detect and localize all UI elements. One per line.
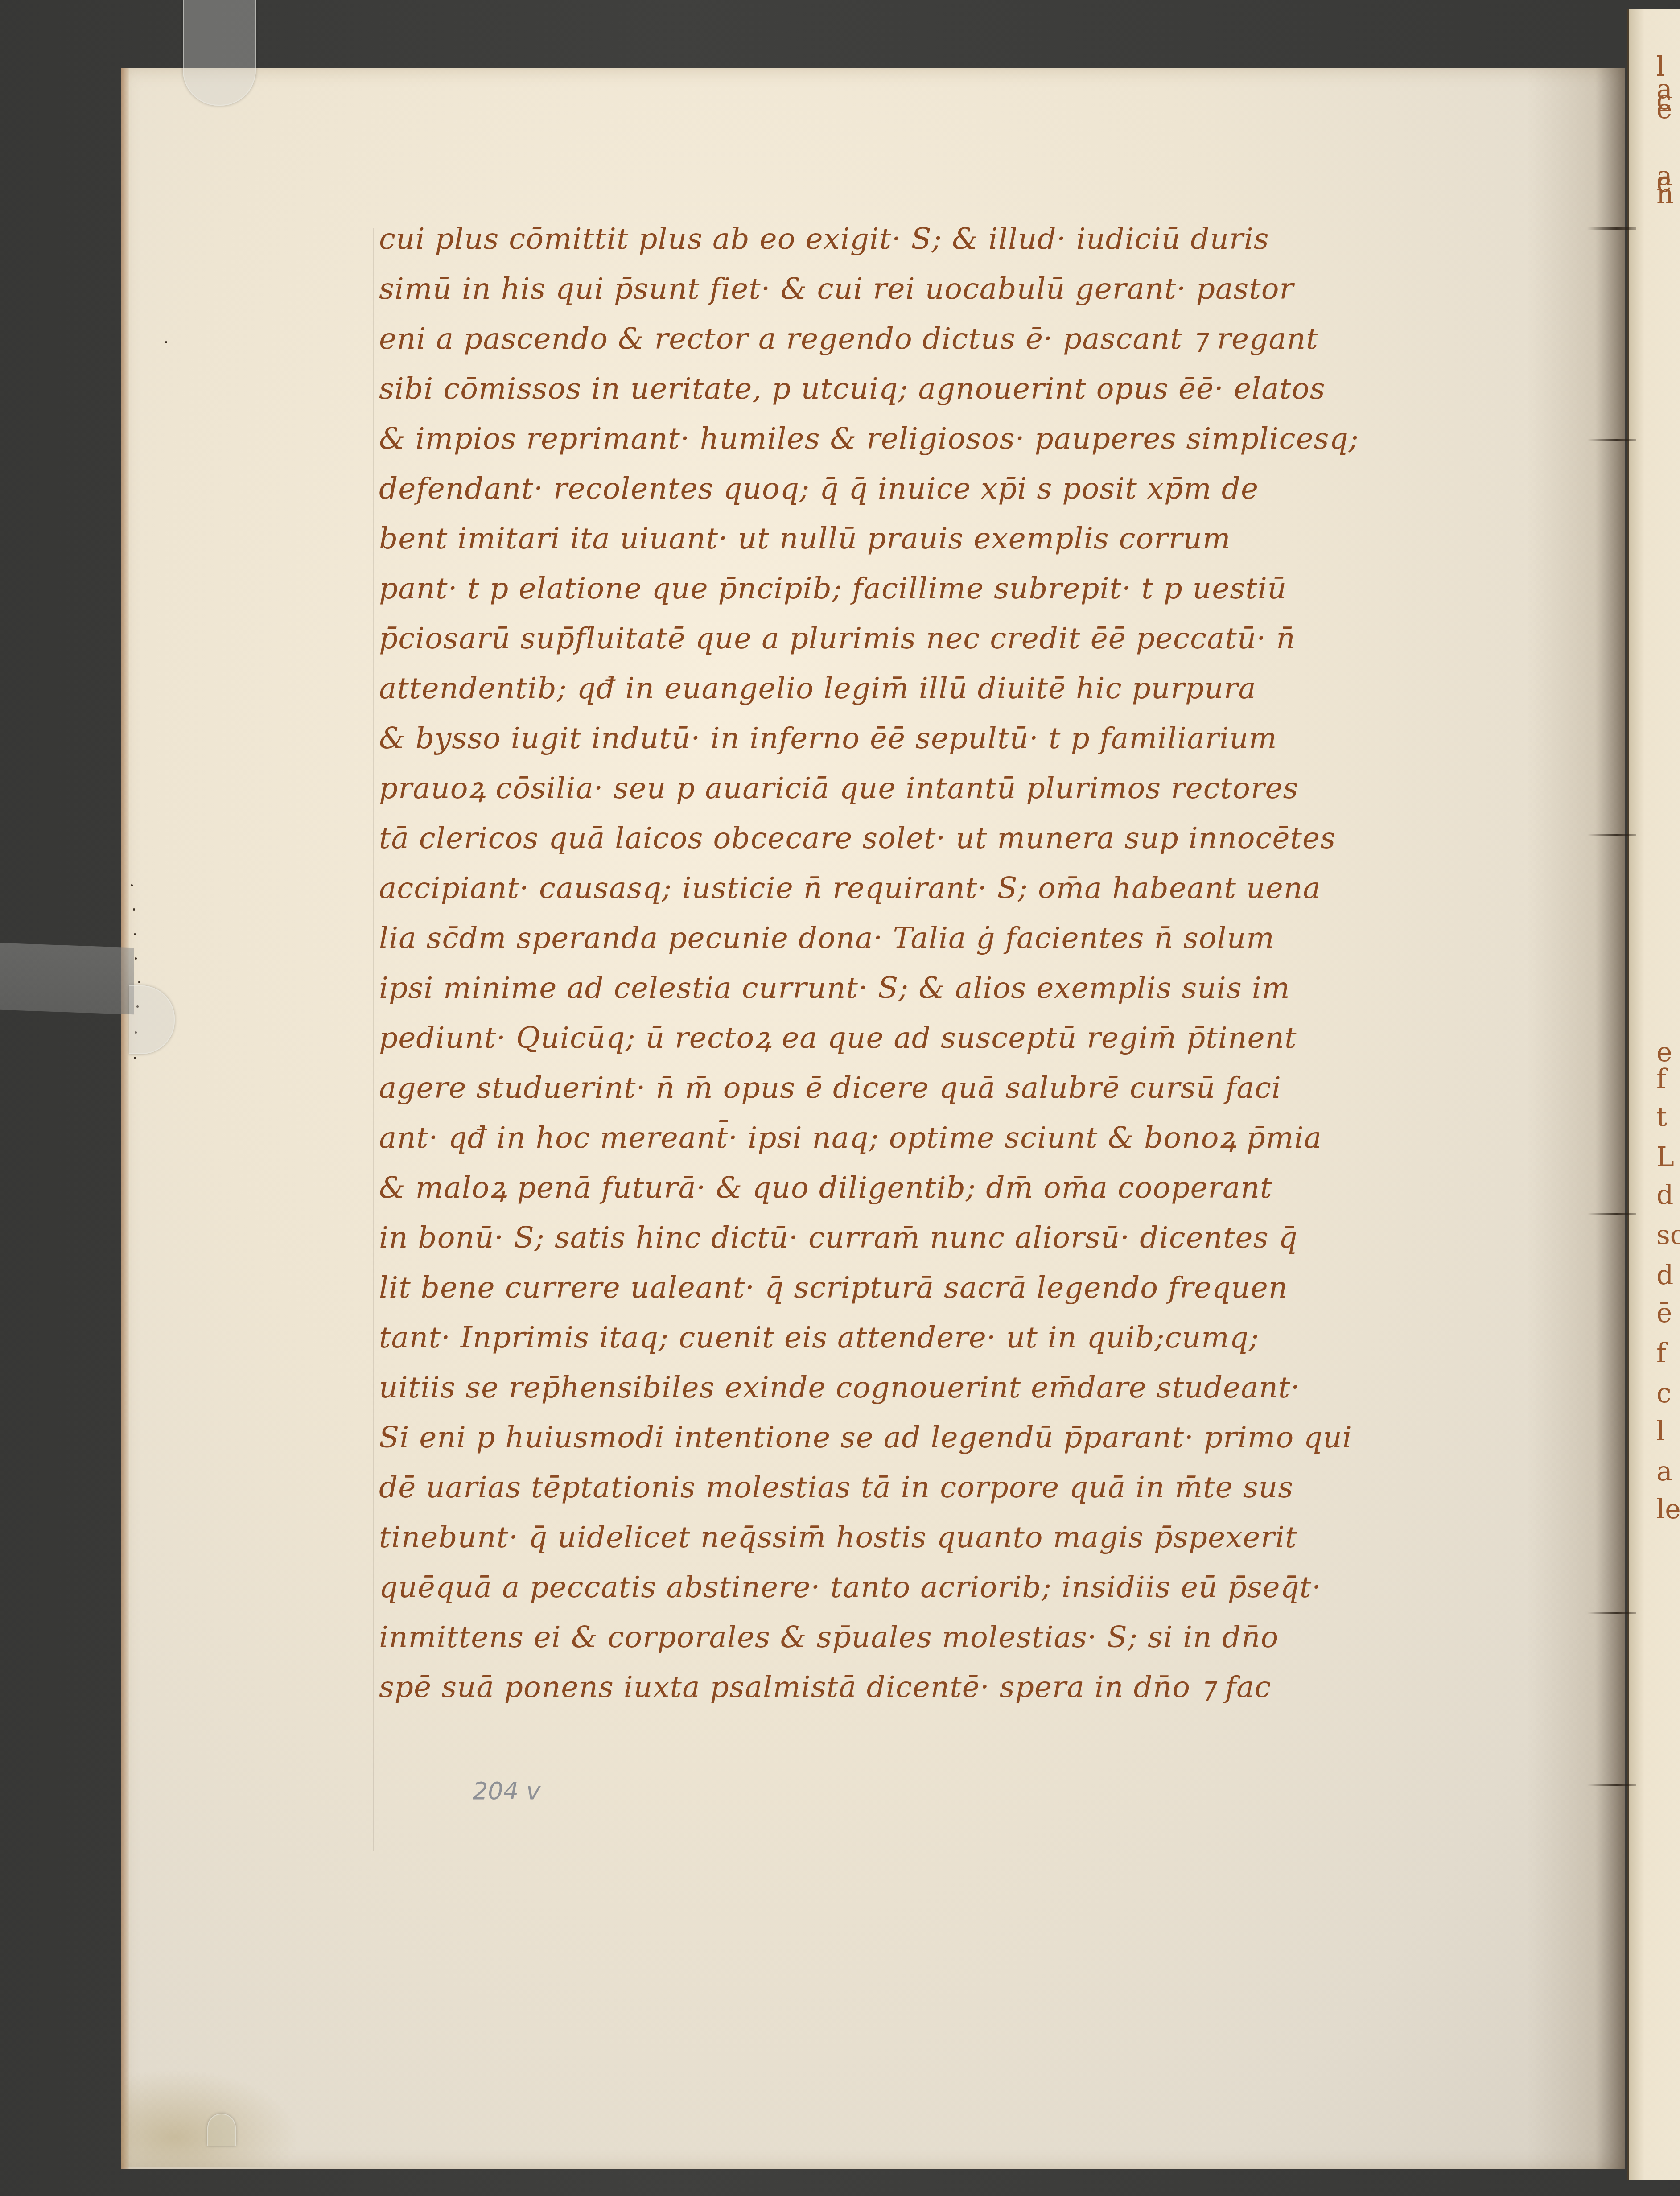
facing-page-fragment: a [1656,1458,1672,1485]
pricking-hole [135,957,137,960]
text-line: prauoꝝ cōsilia· seu p auariciā que intan… [379,763,1610,813]
facing-page-fragment: e [1656,96,1672,123]
facing-page-fragment: n [1656,181,1674,207]
text-line: & maloꝝ penā futurā· & quo diligentib; d… [379,1163,1610,1213]
text-line: pediunt· Quicūq; ū rectoꝝ ea que ad susc… [379,1013,1610,1063]
text-line: eni a pascendo & rector a regendo dictus… [379,314,1610,364]
text-line: dē uarias tēptationis molestias tā in co… [379,1463,1610,1512]
facing-page-fragment: sc [1656,1222,1680,1248]
manuscript-text-block: cui plus cōmittit plus ab eo exigit· S; … [379,214,1610,1712]
facing-page-fragment: l [1656,1418,1665,1445]
text-line: accipiant· causasq; iusticie n̄ requiran… [379,863,1610,913]
folio-number: 204 v [473,1777,540,1805]
text-line: simū in his qui p̄sunt fiet· & cui rei u… [379,264,1610,314]
text-line: cui plus cōmittit plus ab eo exigit· S; … [379,214,1610,264]
top-clip [183,0,256,106]
pricking-hole [134,1057,136,1059]
facing-page-fragment: f [1656,1340,1666,1367]
pricking-hole [131,884,133,886]
text-line: pant· t p elatione que p̄ncipib; facilli… [379,564,1610,614]
facing-page-fragment: e [1656,1039,1672,1066]
text-line: & impios reprimant· humiles & religiosos… [379,414,1610,464]
facing-page-edge: l a c e a c n e f t L d sc d ē f c l a l… [1627,9,1680,2180]
sewing-station-mark [1587,1784,1636,1786]
text-line: & bysso iugit indutū· in inferno ēē sepu… [379,713,1610,763]
text-line: lia sc̄dm speranda pecunie dona· Talia ġ… [379,913,1610,963]
holding-strap [0,943,134,1014]
facing-page-fragment: d [1656,1262,1673,1289]
facing-page-fragment: f [1656,1066,1666,1092]
pricking-hole [134,933,136,935]
leaf-edge-stain [121,68,129,2169]
text-line: Si eni p huiusmodi intentione se ad lege… [379,1413,1610,1463]
facing-page-fragment: c [1656,1380,1672,1407]
text-line: ipsi minime ad celestia currunt· S; & al… [379,963,1610,1013]
text-line: tant· Inprimis itaq; cuenit eis attender… [379,1313,1610,1363]
text-line: lit bene currere ualeant· q̄ scripturā s… [379,1263,1610,1313]
bottom-clip [207,2114,236,2146]
text-line: sibi cōmissos in ueritate, p utcuiq; agn… [379,364,1610,414]
facing-page-fragment: L [1656,1144,1674,1170]
text-line: attendentib; qđ in euangelio legim̄ illū… [379,663,1610,713]
text-line: uitiis se rep̄hensibiles exinde cognouer… [379,1363,1610,1413]
text-line: tā clericos quā laicos obcecare solet· u… [379,813,1610,863]
text-line: agere studuerint· n̄ m̄ opus ē dicere qu… [379,1063,1610,1113]
text-line: inmittens ei & corporales & sp̄uales mol… [379,1612,1610,1662]
facing-page-fragment: ē [1656,1300,1672,1327]
pricking-hole [133,908,135,911]
text-line: p̄ciosarū sup̄fluitatē que a plurimis ne… [379,614,1610,663]
pricking-hole [138,981,140,983]
text-line: bent imitari ita uiuant· ut nullū prauis… [379,514,1610,564]
facing-page-fragment: d [1656,1182,1673,1208]
text-line: quēquā a peccatis abstinere· tanto acrio… [379,1562,1610,1612]
pricking-hole [165,341,167,343]
text-line: ant· qđ in hoc mereant̄· ipsi naq; optim… [379,1113,1610,1163]
facing-page-fragment: t [1656,1104,1667,1130]
text-line: defendant· recolentes quoq; q̄ q̄ inuice… [379,464,1610,514]
text-line: tinebunt· q̄ uidelicet neq̄ssim̄ hostis … [379,1512,1610,1562]
left-bounding-line [373,228,374,1851]
text-line: in bonū· S; satis hinc dictū· curram̄ nu… [379,1213,1610,1263]
facing-page-fragment: le [1656,1496,1680,1523]
text-line: spē suā ponens iuxta psalmistā dicentē· … [379,1662,1610,1712]
